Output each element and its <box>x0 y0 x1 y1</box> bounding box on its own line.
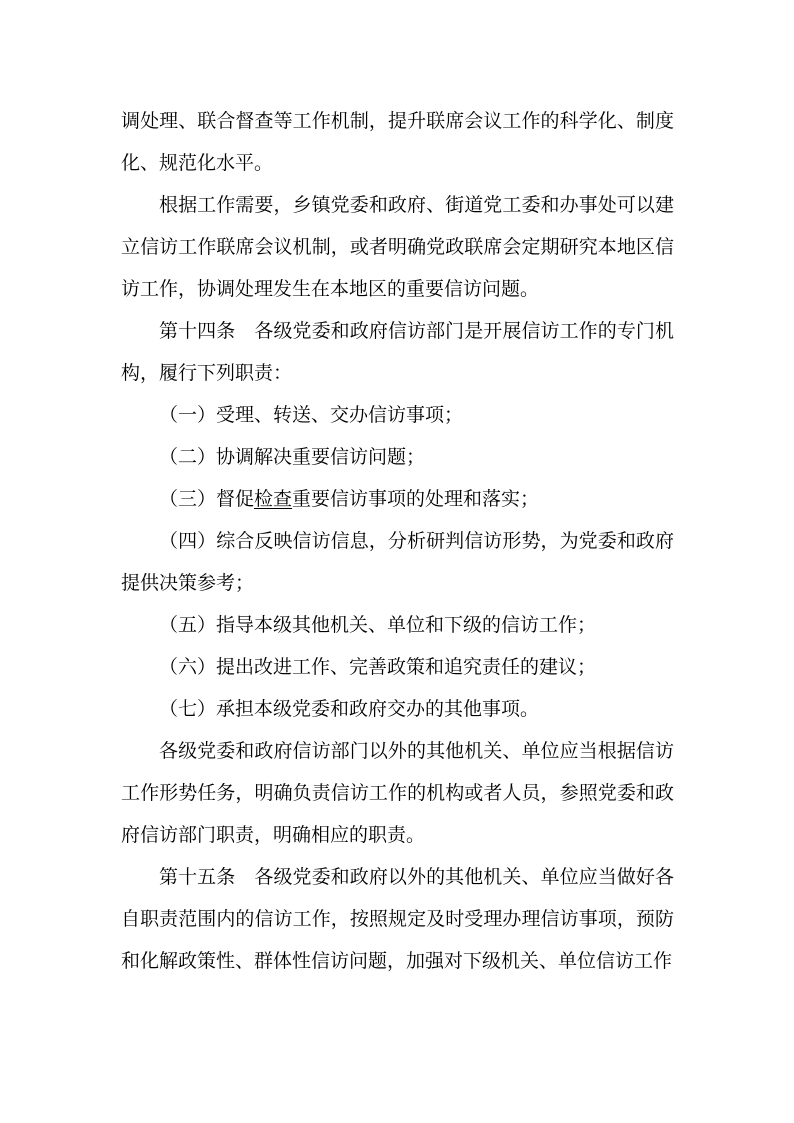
list-item-3: （三）督促检查重要信访事项的处理和落实； <box>121 478 674 520</box>
list-item-5: （五）指导本级其他机关、单位和下级的信访工作； <box>121 604 674 646</box>
paragraph-article-14: 第十四条 各级党委和政府信访部门是开展信访工作的专门机构，履行下列职责： <box>121 310 674 394</box>
paragraph: 根据工作需要，乡镇党委和政府、街道党工委和办事处可以建立信访工作联席会议机制，或… <box>121 184 674 310</box>
paragraph: 各级党委和政府信访部门以外的其他机关、单位应当根据信访工作形势任务，明确负责信访… <box>121 730 674 856</box>
list-item-3-suffix: 重要信访事项的处理和落实； <box>292 488 539 510</box>
underlined-text: 检查 <box>254 488 292 510</box>
list-item-6: （六）提出改进工作、完善政策和追究责任的建议； <box>121 646 674 688</box>
document-page: 调处理、联合督查等工作机制，提升联席会议工作的科学化、制度化、规范化水平。 根据… <box>0 0 794 1123</box>
list-item-7: （七）承担本级党委和政府交办的其他事项。 <box>121 688 674 730</box>
paragraph-article-15: 第十五条 各级党委和政府以外的其他机关、单位应当做好各自职责范围内的信访工作，按… <box>121 856 674 982</box>
list-item-4: （四）综合反映信访信息，分析研判信访形势，为党委和政府提供决策参考； <box>121 520 674 604</box>
paragraph-continuation: 调处理、联合督查等工作机制，提升联席会议工作的科学化、制度化、规范化水平。 <box>121 100 674 184</box>
list-item-2: （二）协调解决重要信访问题； <box>121 436 674 478</box>
list-item-3-prefix: （三）督促 <box>159 488 254 510</box>
list-item-1: （一）受理、转送、交办信访事项； <box>121 394 674 436</box>
